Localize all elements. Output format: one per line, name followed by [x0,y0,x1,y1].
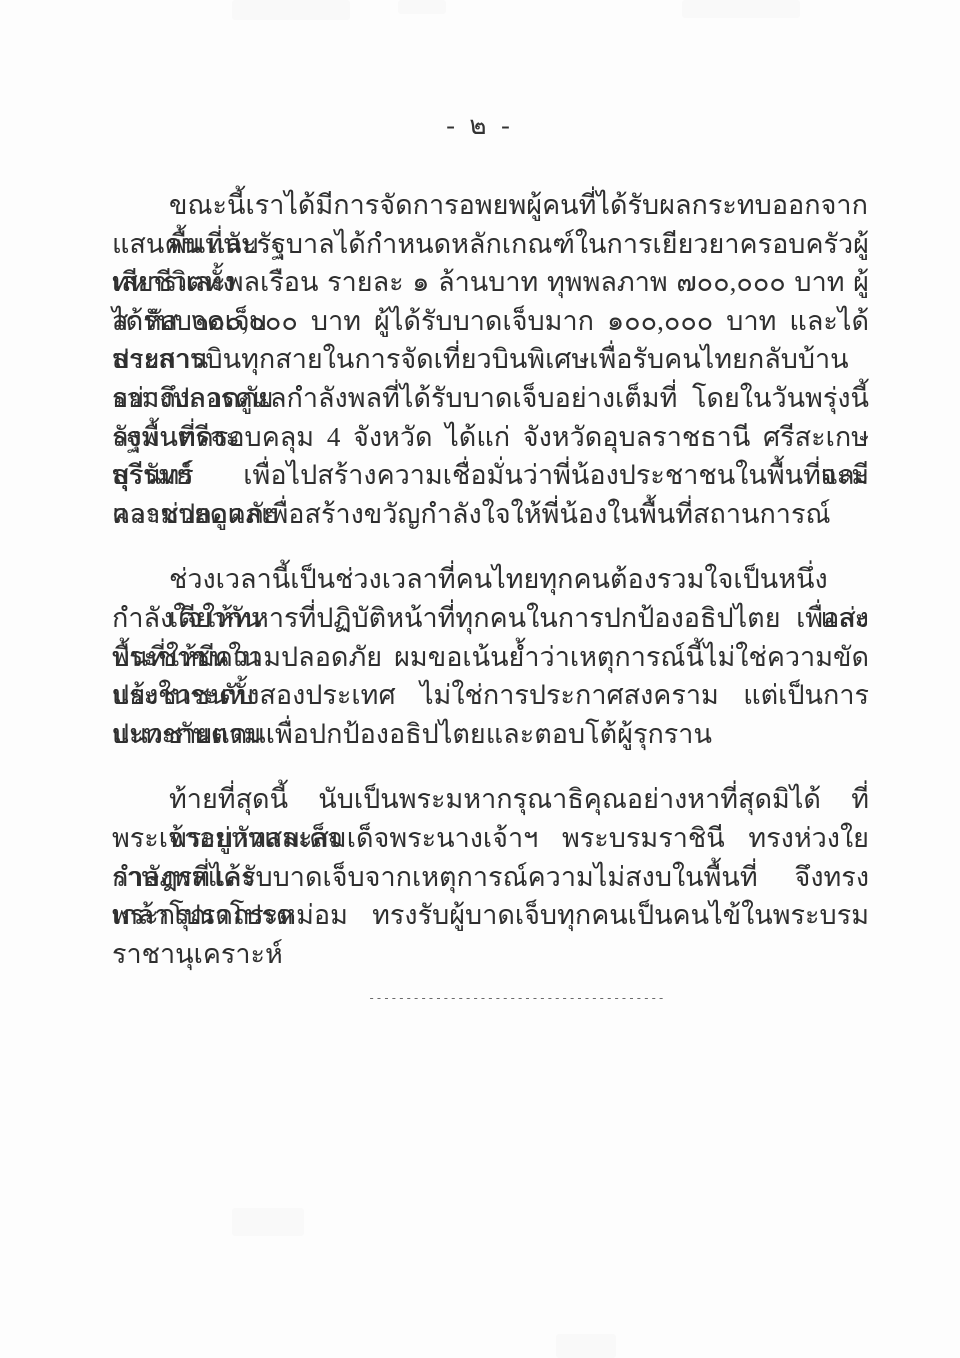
text-line: แสนคน และรัฐบาลได้กำหนดหลักเกณฑ์ในการเยี… [112,225,869,264]
text-line: ท้ายที่สุดนี้ นับเป็นพระมหากรุณาธิคุณอย่… [112,780,869,819]
scan-artifact [556,1334,616,1358]
text-line: และช่วยดูแลเพื่อสร้างขวัญกำลังใจให้พี่น้… [112,495,869,534]
text-line: ราษฎรที่ได้รับบาดเจ็บจากเหตุการณ์ความไม่… [112,858,869,897]
scan-artifact [232,0,350,20]
paragraph: ท้ายที่สุดนี้ นับเป็นพระมหากรุณาธิคุณอย่… [112,780,869,934]
text-line: พระเจ้าอยู่หัวและสมเด็จพระนางเจ้าฯ พระบร… [112,819,869,858]
text-line: ลงพื้นที่ครอบคลุม 4 จังหวัด ได้แก่ จังหว… [112,418,869,457]
text-line: แนวชายแดนเพื่อปกป้องอธิปไตยและตอบโต้ผู้ร… [112,715,869,754]
text-line: รวมถึงการดูแลกำลังพลที่ได้รับบาดเจ็บอย่า… [112,379,869,418]
dashed-separator: ---------------------------------------- [368,988,665,1008]
scan-artifact [398,0,446,14]
text-line: กำลังใจให้ทหารที่ปฏิบัติหน้าที่ทุกคนในกา… [112,599,869,638]
paragraph: ขณะนี้เราได้มีการจัดการอพยพผู้คนที่ได้รั… [112,186,869,533]
scan-artifact [682,0,800,18]
page-number: - ๒ - [0,108,960,144]
document-body: ขณะนี้เราได้มีการจัดการอพยพผู้คนที่ได้รั… [112,186,869,962]
paragraph: ช่วงเวลานี้เป็นช่วงเวลาที่คนไทยทุกคนต้อง… [112,560,869,753]
text-line: สาหัส ๒๐๐,๐๐๐ บาท ผู้ได้รับบาดเจ็บมาก ๑๐… [112,302,869,341]
text-line: ขณะนี้เราได้มีการจัดการอพยพผู้คนที่ได้รั… [112,186,869,225]
text-line: เกล้าโปรดกระหม่อม ทรงรับผู้บาดเจ็บทุกคนเ… [112,896,869,935]
text-line: พื้นที่ให้มีความปลอดภัย ผมขอเน้นย้ำว่าเห… [112,638,869,677]
document-page: - ๒ - ขณะนี้เราได้มีการจัดการอพยพผู้คนที… [0,0,960,1358]
text-line: สายการบินทุกสายในการจัดเที่ยวบินพิเศษเพื… [112,340,869,379]
text-line: ทหารและพลเรือน รายละ ๑ ล้านบาท ทุพพลภาพ … [112,263,869,302]
text-line: ช่วงเวลานี้เป็นช่วงเวลาที่คนไทยทุกคนต้อง… [112,560,869,599]
scan-artifact [232,1208,304,1236]
text-line: ประชาชนทั้งสองประเทศ ไม่ใช่การประกาศสงคร… [112,676,869,715]
text-line: บุรีรัมย์ เพื่อไปสร้างความเชื่อมั่นว่าพี… [112,456,869,495]
